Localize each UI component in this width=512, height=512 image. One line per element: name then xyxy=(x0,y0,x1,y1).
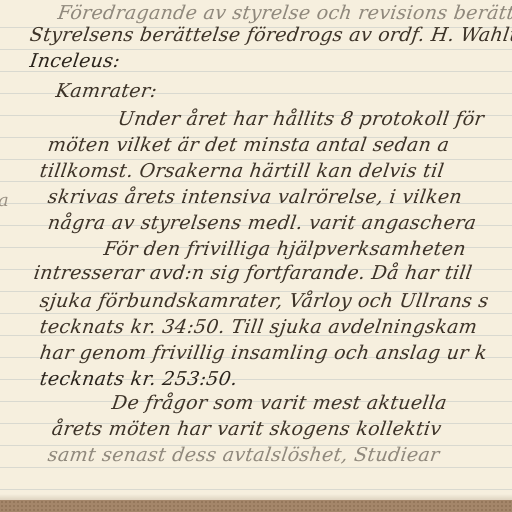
line-paragraph-1-3: tillkomst. Orsakerna härtill kan delvis … xyxy=(38,160,445,182)
line-heading-reports: Föredragande av styrelse och revisions b… xyxy=(56,2,512,24)
line-paragraph-1-2: möten vilket är det minsta antal sedan a xyxy=(46,134,450,156)
line-paragraph-3-3: samt senast dess avtalslöshet, Studiear xyxy=(46,444,441,466)
book-cover-backing xyxy=(0,500,512,512)
line-paragraph-1-4: skrivas årets intensiva valrörelse, i vi… xyxy=(46,186,463,208)
line-paragraph-1-5: några av styrelsens medl. varit angasche… xyxy=(46,212,477,234)
line-paragraph-2-6: tecknats kr. 253:50. xyxy=(38,368,239,390)
line-incipit: Inceleus: xyxy=(28,50,121,72)
line-salutation: Kamrater: xyxy=(54,80,158,102)
handwritten-page: a Föredragande av styrelse och revisions… xyxy=(0,0,512,500)
line-paragraph-3-2: årets möten har varit skogens kollektiv xyxy=(50,418,443,440)
line-paragraph-2-3: sjuka förbundskamrater, Vårloy och Ullra… xyxy=(38,290,490,312)
line-paragraph-3-start: De frågor som varit mest aktuella xyxy=(110,392,448,414)
line-paragraph-2-4: tecknats kr. 34:50. Till sjuka avdelning… xyxy=(38,316,478,338)
margin-note: a xyxy=(0,190,9,211)
line-paragraph-2-2: intresserar avd:n sig fortfarande. Då ha… xyxy=(32,262,473,284)
line-paragraph-2-start: För den frivilliga hjälpverksamheten xyxy=(102,238,467,260)
line-paragraph-1-start: Under året har hållits 8 protokoll för xyxy=(116,108,485,130)
line-board-report: Styrelsens berättelse föredrogs av ordf.… xyxy=(28,24,512,46)
line-paragraph-2-5: har genom frivillig insamling och anslag… xyxy=(38,342,488,364)
